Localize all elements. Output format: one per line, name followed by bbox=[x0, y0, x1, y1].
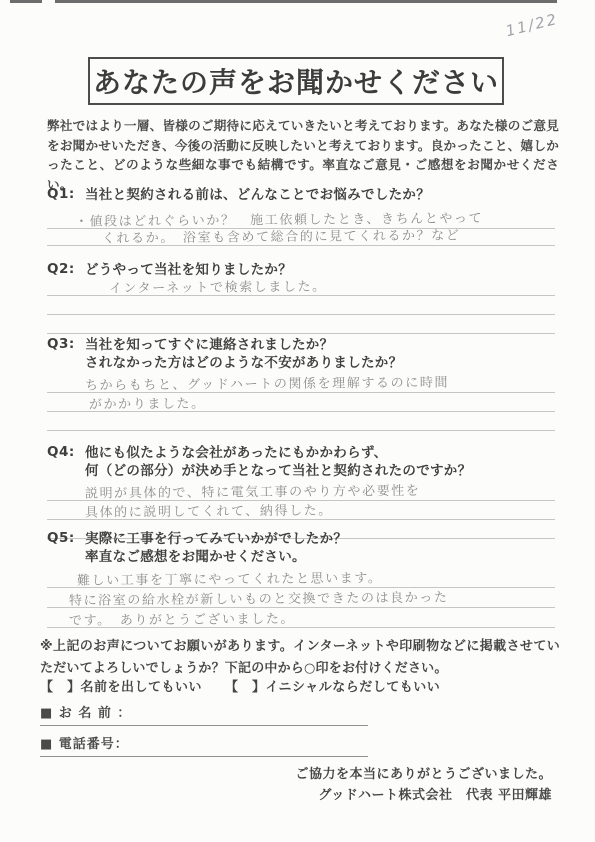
answer-area: ちからもちと、グッドハートの関係を理解するのに時間 がかかりました。 bbox=[47, 374, 555, 431]
phone-field-label: ■ 電話番号： bbox=[40, 733, 368, 752]
answer-ruled-line: ちからもちと、グッドハートの関係を理解するのに時間 bbox=[47, 374, 555, 393]
handwritten-answer: です。 ありがとうございました。 bbox=[47, 608, 295, 629]
question-block-q5: Q5: 実際に工事を行ってみていかがでしたか？ 率直なご感想をお聞かせください。… bbox=[47, 530, 555, 628]
permission-option-initials: 【 】イニシャルならだしてもいい bbox=[225, 680, 440, 695]
question-header: Q5: 実際に工事を行ってみていかがでしたか？ 率直なご感想をお聞かせください。 bbox=[47, 530, 555, 566]
publication-permission-notice: ※上記のお声についてお願いがあります。インターネットや印刷物などに掲載させていた… bbox=[40, 636, 560, 680]
question-text-line: 実際に工事を行ってみていかがでしたか？ bbox=[85, 530, 347, 548]
question-header: Q4: 他にも似たような会社があったにもかかわらず、 何（どの部分）が決め手とな… bbox=[47, 444, 555, 480]
question-header: Q3: 当社を知ってすぐに連絡されましたか？ されなかった方はどのような不安があ… bbox=[47, 336, 555, 372]
phone-field: ■ 電話番号： bbox=[40, 733, 368, 757]
permission-options: 【 】名前を出してもいい 【 】イニシャルならだしてもいい bbox=[40, 676, 560, 695]
question-block-q4: Q4: 他にも似たような会社があったにもかかわらず、 何（どの部分）が決め手とな… bbox=[47, 444, 555, 539]
handwritten-answer: くれるか。 浴室も含めて総合的に見てくれるか？など bbox=[47, 224, 461, 247]
answer-ruled-line: 特に浴室の給水栓が新しいものと交換できたのは良かった bbox=[47, 588, 555, 608]
question-text-line: 率直なご感想をお聞かせください。 bbox=[85, 548, 347, 566]
handwritten-answer: インターネットで検索しました。 bbox=[47, 276, 327, 297]
answer-ruled-line: 具体的に説明してくれて、納得した。 bbox=[47, 501, 555, 520]
permission-option-full-name: 【 】名前を出してもいい bbox=[40, 680, 202, 695]
question-block-q3: Q3: 当社を知ってすぐに連絡されましたか？ されなかった方はどのような不安があ… bbox=[47, 336, 555, 431]
question-number: Q3: bbox=[47, 336, 85, 352]
handwritten-answer: 特に浴室の給水栓が新しいものと交換できたのは良かった bbox=[47, 586, 449, 609]
question-number: Q4: bbox=[47, 444, 85, 460]
answer-ruled-line bbox=[47, 315, 555, 334]
question-text-line: 他にも似たような会社があったにもかかわらず、 bbox=[85, 444, 471, 462]
answer-area: インターネットで検索しました。 bbox=[47, 279, 555, 334]
answer-area: ・値段はどれぐらいか？ 施工依頼したとき、きちんとやって くれるか。 浴室も含め… bbox=[47, 206, 555, 246]
question-number: Q2: bbox=[47, 261, 85, 277]
answer-ruled-line bbox=[47, 412, 555, 431]
phone-field-blank-line bbox=[40, 756, 368, 757]
question-header: Q1: 当社と契約される前は、どんなことでお悩みでしたか？ bbox=[47, 186, 555, 204]
answer-ruled-line: がかかりました。 bbox=[47, 393, 555, 412]
title-box: あなたの声をお聞かせください bbox=[88, 57, 504, 105]
handwritten-answer: 具体的に説明してくれて、納得した。 bbox=[47, 500, 333, 521]
question-block-q1: Q1: 当社と契約される前は、どんなことでお悩みでしたか？ ・値段はどれぐらいか… bbox=[47, 186, 555, 246]
name-field: ■ お 名 前 ： bbox=[40, 702, 368, 726]
handwritten-answer: ちからもちと、グッドハートの関係を理解するのに時間 bbox=[47, 371, 449, 394]
answer-area: 難しい工事を丁寧にやってくれたと思います。 特に浴室の給水栓が新しいものと交換で… bbox=[47, 568, 555, 628]
handwritten-answer: 難しい工事を丁寧にやってくれたと思います。 bbox=[47, 567, 383, 589]
question-block-q2: Q2: どうやって当社を知りましたか？ インターネットで検索しました。 bbox=[47, 261, 555, 334]
scanned-questionnaire-page: 11/22 あなたの声をお聞かせください 弊社ではより一層、皆様のご期待に応えて… bbox=[0, 0, 595, 842]
answer-ruled-line: 難しい工事を丁寧にやってくれたと思います。 bbox=[47, 568, 555, 588]
answer-ruled-line bbox=[47, 296, 555, 315]
answer-ruled-line: です。 ありがとうございました。 bbox=[47, 608, 555, 628]
question-number: Q1: bbox=[47, 186, 85, 202]
thank-you-note: ご協力を本当にありがとうございました。 bbox=[0, 763, 552, 782]
scan-edge-artifact bbox=[55, 0, 557, 3]
question-text-line: されなかった方はどのような不安がありましたか？ bbox=[85, 354, 402, 372]
answer-ruled-line: くれるか。 浴室も含めて総合的に見てくれるか？など bbox=[47, 229, 555, 246]
company-signature: グッドハート株式会社 代表 平田輝雄 bbox=[0, 784, 552, 803]
question-text-line: 何（どの部分）が決め手となって当社と契約されたのですか？ bbox=[85, 462, 471, 480]
answer-ruled-line: 説明が具体的で、特に電気工事のやり方や必要性を bbox=[47, 482, 555, 501]
handwritten-answer: 説明が具体的で、特に電気工事のやり方や必要性を bbox=[47, 480, 421, 502]
name-field-blank-line bbox=[40, 725, 368, 726]
intro-paragraph: 弊社ではより一層、皆様のご期待に応えていきたいと考えております。あなた様のご意見… bbox=[47, 116, 559, 194]
question-text-line: 当社と契約される前は、どんなことでお悩みでしたか？ bbox=[85, 186, 430, 204]
scan-edge-artifact bbox=[10, 0, 42, 3]
question-text-line: 当社を知ってすぐに連絡されましたか？ bbox=[85, 336, 402, 354]
handwritten-date-note: 11/22 bbox=[504, 6, 576, 40]
answer-ruled-line: インターネットで検索しました。 bbox=[47, 279, 555, 296]
page-title: あなたの声をお聞かせください bbox=[93, 61, 499, 101]
question-number: Q5: bbox=[47, 530, 85, 546]
name-field-label: ■ お 名 前 ： bbox=[40, 702, 368, 721]
handwritten-answer: がかかりました。 bbox=[47, 393, 206, 413]
